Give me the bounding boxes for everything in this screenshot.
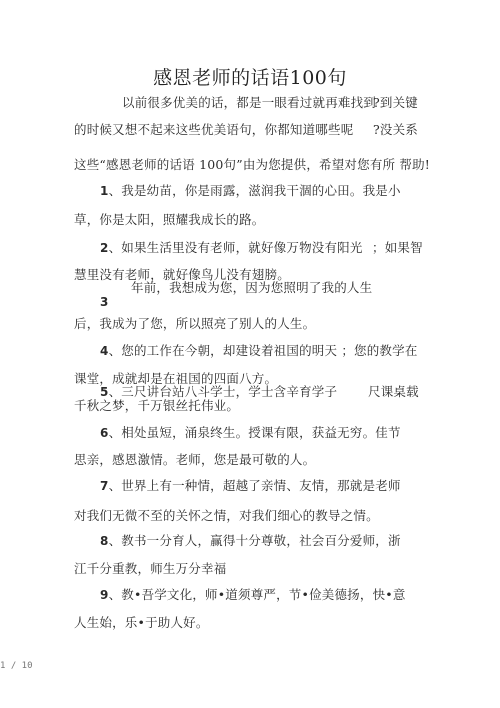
item-3-line-1: 年前，我想成为您，因为您照明了我的人生 — [131, 280, 372, 296]
item-9-line-2: 人生始，乐•于助人好。 — [74, 615, 209, 631]
item-7-line-1: 7、世界上有一种情，超越了亲情、友情，那就是老师 — [100, 478, 401, 494]
item-2-line-1-end: ；如果智 — [372, 240, 423, 256]
item-8-line-2: 江千分重教，师生万分幸福 — [74, 561, 226, 577]
item-9-line-1: 9、教•吾学文化，师•道须尊严，节•俭美德扬，快•意 — [100, 587, 406, 603]
page-indicator: 1 / 10 — [0, 661, 33, 671]
item-2-line-1: 2、如果生活里没有老师，就好像万物没有阳光 — [100, 240, 363, 256]
item-3-line-2: 后，我成为了您，所以照亮了别人的人生。 — [74, 316, 315, 332]
item-3-number: 3 — [100, 294, 109, 310]
item-6-line-2: 思亲，感恩激情。老师，您是最可敬的人。 — [74, 452, 315, 468]
item-6-line-1: 6、相处虽短，涌泉终生。授课有限，获益无穷。佳节 — [100, 425, 401, 441]
item-8-line-1: 8、教书一分育人，赢得十分尊敬，社会百分爱师，浙 — [100, 533, 401, 549]
intro-line-2: 的时候又想不起来这些优美语句，你都知道哪些呢 — [74, 122, 353, 138]
item-7-line-2: 对我们无微不至的关怀之情，对我们细心的教导之情。 — [74, 508, 379, 524]
intro-line-1-end: ?到关键 — [373, 95, 418, 111]
item-5-line-1-end: 尺课桌载 — [368, 384, 419, 400]
item-1-line-2: 草，你是太阳，照耀我成长的路。 — [74, 212, 265, 228]
document-page: 感恩老师的话语100句 以前很多优美的话，都是一眼看过就再难找到 ?到关键 的时… — [0, 0, 500, 708]
document-title: 感恩老师的话语100句 — [0, 66, 500, 90]
intro-line-2-end: ?没关系 — [373, 122, 418, 138]
item-1-line-1: 1、我是幼苗，你是雨露，滋润我干涸的心田。我是小 — [100, 183, 401, 199]
intro-line-3: 这些“感恩老师的话语 100句”由为您提供，希望对您有所 帮助! — [74, 157, 430, 173]
intro-line-1: 以前很多优美的话，都是一眼看过就再难找到 — [122, 95, 376, 111]
item-5-line-2: 千秋之梦，千万银丝托伟业。 — [74, 398, 239, 414]
item-4-line-1: 4、您的工作在今朝，却建设着祖国的明天 ；您的教学在 — [100, 343, 418, 359]
